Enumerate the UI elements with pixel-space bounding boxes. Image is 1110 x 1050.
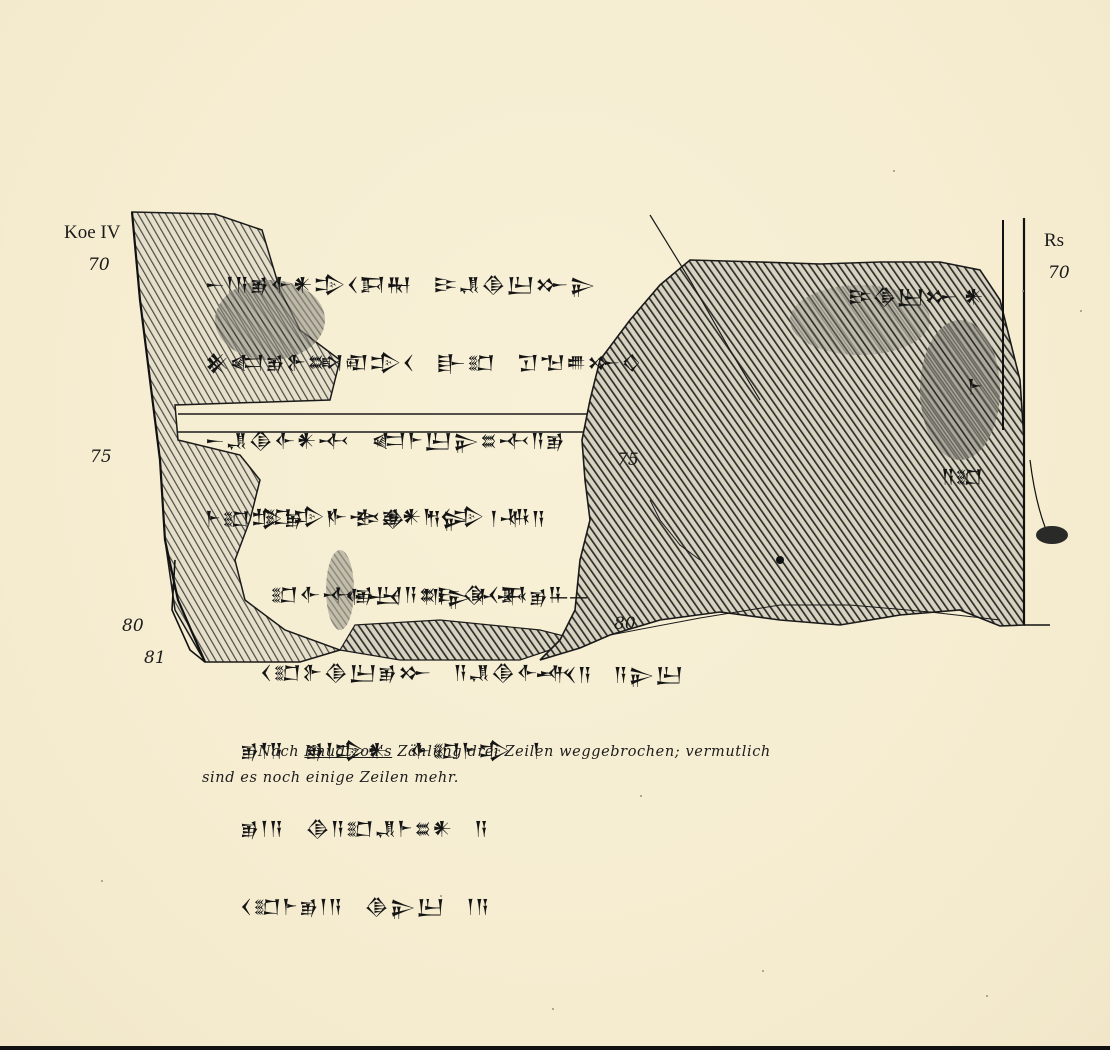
cuneiform-line: 𒄿𒆠𒌨𒁍 𒀭: [848, 282, 983, 312]
cuneiform-line: 𒀀𒊬: [848, 462, 983, 492]
reverse-column-label: Rs: [1044, 230, 1064, 252]
reverse-cuneiform-block: 𒄿𒆠𒌨𒁍 𒀭 𒈨 𒀀𒊬: [848, 222, 983, 552]
scan-speck: [986, 995, 988, 997]
scan-speck: [640, 795, 642, 797]
line-number-81-left: 81: [144, 648, 166, 668]
scan-speck: [552, 1008, 554, 1010]
cuneiform-line: 𒈨: [848, 372, 983, 402]
cuneiform-line: 𒆜𒅗𒂊𒉿𒇷𒊏𒄠𒌋 𒃲𒊬 𒋛𒈠𒌑𒁍𒄭: [205, 350, 684, 376]
lower-cuneiform-block: 𒁹𒊬𒄠𒅆𒋾𒂊𒀭𒈨𒌋𒄠 𒁹𒀀 𒊬𒅆𒋾𒂊𒌨𒀀𒊺𒄿𒆠𒌋𒁕 𒀀 𒌋𒊬𒉿𒆠𒌨𒂊𒁍 𒀀𒂗𒆠𒅆…: [240, 452, 572, 972]
cuneiform-line: 𒌋𒊬𒉿𒆠𒌨𒂊𒁍 𒀀𒂗𒆠𒅆𒋾: [240, 660, 572, 686]
caption-author-name: Knudtzon's: [304, 744, 392, 760]
line-number-80-left: 80: [122, 616, 144, 636]
cuneiform-line: 𒊬𒅆𒋾𒂊𒌨𒀀𒊺𒄿𒆠𒌋𒁕 𒀀: [240, 582, 572, 608]
scan-speck: [101, 880, 103, 882]
cuneiform-line: 𒁹𒊬𒄠𒅆𒋾𒂊𒀭𒈨𒌋𒄠 𒁹𒀀: [240, 504, 572, 530]
scan-speck: [1022, 290, 1024, 292]
scan-speck: [1080, 310, 1082, 312]
scanned-page: Koe IV 70 75 80 81 Rs 70 75 80 𒀸𒁹𒀀𒂊𒅆𒀭𒄠𒌋𒁕…: [0, 0, 1110, 1046]
caption-prefix: Nach: [258, 744, 304, 760]
scan-speck: [440, 895, 442, 897]
scan-speck: [893, 170, 895, 172]
caption-line-2: sind es noch einige Zeilen mehr.: [202, 770, 459, 786]
scan-speck: [762, 970, 764, 972]
obverse-column-label: Koe IV: [64, 222, 120, 244]
line-number-70-left: 70: [88, 255, 110, 275]
cuneiform-line: 𒌋𒊬𒈨𒂊𒁹𒀀 𒆠𒉌𒌨 𒁹𒀀: [240, 894, 572, 920]
cuneiform-line: 𒂊𒁹𒀀 𒆠𒀀𒊬𒂗𒈨𒊺𒀭 𒀀: [240, 816, 572, 842]
seal-fragment: [1036, 526, 1068, 544]
line-number-70-right: 70: [1048, 263, 1070, 283]
caption-line-1: Nach Knudtzon's Zählung drei Zeilen wegg…: [258, 744, 771, 760]
cuneiform-line: 𒀸𒁹𒀀𒂊𒅆𒀭𒄠𒌋𒁕𒊑 𒄿𒂗𒆠𒌨𒁍𒉌: [205, 272, 684, 298]
cuneiform-line: 𒀸𒂗𒆠𒅆𒀭𒋾 𒅗𒈨𒌨𒉌𒊺𒋾𒀀𒂊: [205, 428, 684, 454]
line-number-75-left: 75: [90, 447, 112, 467]
scan-bottom-edge: [0, 1046, 1110, 1050]
caption-suffix: Zählung drei Zeilen weggebrochen; vermut…: [392, 744, 771, 760]
